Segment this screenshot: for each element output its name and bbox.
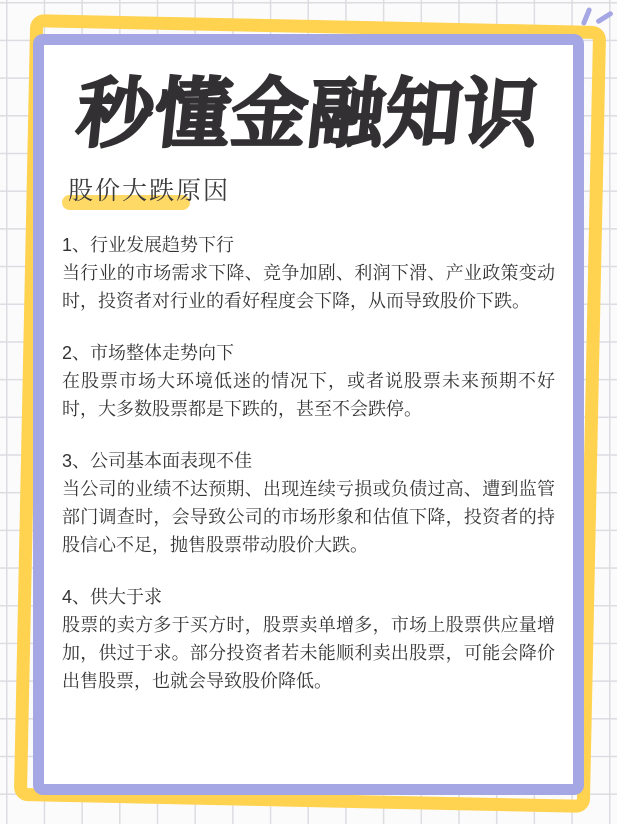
section-body: 当公司的业绩不达预期、出现连续亏损或负债过高、遭到监管部门调查时，会导致公司的市… xyxy=(62,475,555,559)
section-supply-exceeds-demand: 4、供大于求 股票的卖方多于买方时，股票卖单增多，市场上股票供应量增加，供过于求… xyxy=(62,583,555,695)
section-heading: 3、公司基本面表现不佳 xyxy=(62,447,555,475)
section-heading: 4、供大于求 xyxy=(62,583,555,611)
section-market-downtrend: 2、市场整体走势向下 在股票市场大环境低迷的情况下，或者说股票未来预期不好时，大… xyxy=(62,339,555,423)
subtitle: 股价大跌原因 xyxy=(68,171,230,207)
section-heading: 2、市场整体走势向下 xyxy=(62,339,555,367)
section-industry-downtrend: 1、行业发展趋势下行 当行业的市场需求下降、竞争加剧、利润下滑、产业政策变动时，… xyxy=(62,231,555,315)
sparkle-icon xyxy=(595,10,614,24)
poster-page: 秒懂金融知识 股价大跌原因 1、行业发展趋势下行 当行业的市场需求下降、竞争加剧… xyxy=(0,0,617,824)
section-body: 股票的卖方多于买方时，股票卖单增多，市场上股票供应量增加，供过于求。部分投资者若… xyxy=(62,611,555,695)
section-fundamentals: 3、公司基本面表现不佳 当公司的业绩不达预期、出现连续亏损或负债过高、遭到监管部… xyxy=(62,447,555,559)
content-card: 秒懂金融知识 股价大跌原因 1、行业发展趋势下行 当行业的市场需求下降、竞争加剧… xyxy=(33,34,584,795)
subtitle-text: 股价大跌原因 xyxy=(68,177,230,205)
section-body: 当行业的市场需求下降、竞争加剧、利润下滑、产业政策变动时，投资者对行业的看好程度… xyxy=(62,259,555,315)
section-heading: 1、行业发展趋势下行 xyxy=(62,231,555,259)
section-list: 1、行业发展趋势下行 当行业的市场需求下降、竞争加剧、利润下滑、产业政策变动时，… xyxy=(62,231,555,695)
section-body: 在股票市场大环境低迷的情况下，或者说股票未来预期不好时，大多数股票都是下跌的，甚… xyxy=(62,367,555,423)
sparkle-icon xyxy=(581,7,593,26)
page-title: 秒懂金融知识 xyxy=(58,75,559,155)
